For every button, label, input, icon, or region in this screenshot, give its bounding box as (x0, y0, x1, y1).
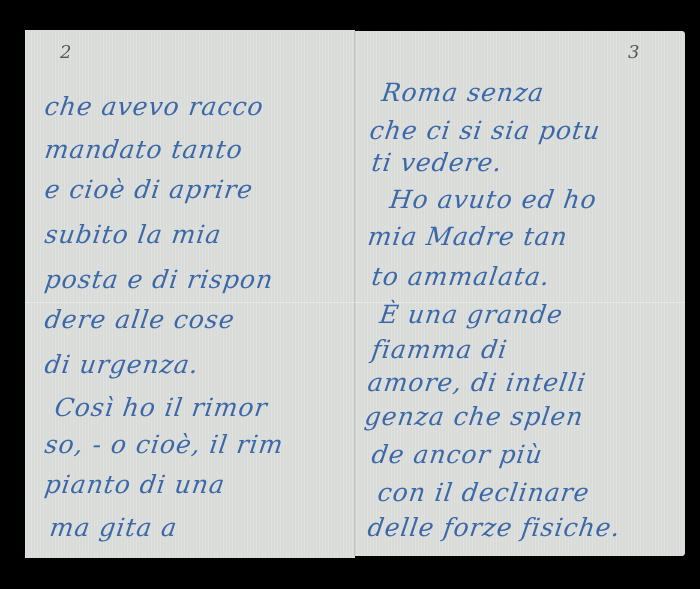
text-line: che ci si sia potu (368, 116, 603, 145)
text-line: so, - o cioè, il rim (43, 430, 286, 459)
text-line: genza che splen (363, 402, 586, 431)
text-line: Così ho il rimor (53, 393, 270, 422)
text-line: e cioè di aprire (43, 175, 255, 204)
page-fold (354, 31, 357, 556)
text-line: Ho avuto ed ho (388, 185, 599, 214)
text-line: mandato tanto (43, 135, 245, 164)
text-line: delle forze fisiche. (366, 513, 623, 542)
text-line: Roma senza (380, 78, 546, 107)
text-line: con il declinare (376, 478, 592, 507)
text-line: mia Madre tan (366, 222, 570, 251)
text-line: amore, di intelli (366, 368, 588, 397)
text-line: fiamma di (370, 335, 509, 364)
horizontal-crease (25, 302, 685, 303)
text-line: posta e di rispon (43, 265, 275, 294)
text-line: È una grande (378, 300, 565, 329)
text-line: ti vedere. (370, 148, 504, 177)
text-line: ma gita a (48, 513, 179, 542)
page-number-right: 3 (628, 42, 639, 63)
text-line: subito la mia (43, 220, 224, 249)
text-line: pianto di una (43, 470, 227, 499)
text-line: dere alle cose (43, 305, 237, 334)
text-line: di urgenza. (43, 350, 201, 379)
text-line: de ancor più (370, 440, 545, 469)
page-number-left: 2 (60, 42, 71, 63)
text-line: to ammalata. (370, 262, 552, 291)
text-line: che avevo racco (43, 92, 266, 121)
